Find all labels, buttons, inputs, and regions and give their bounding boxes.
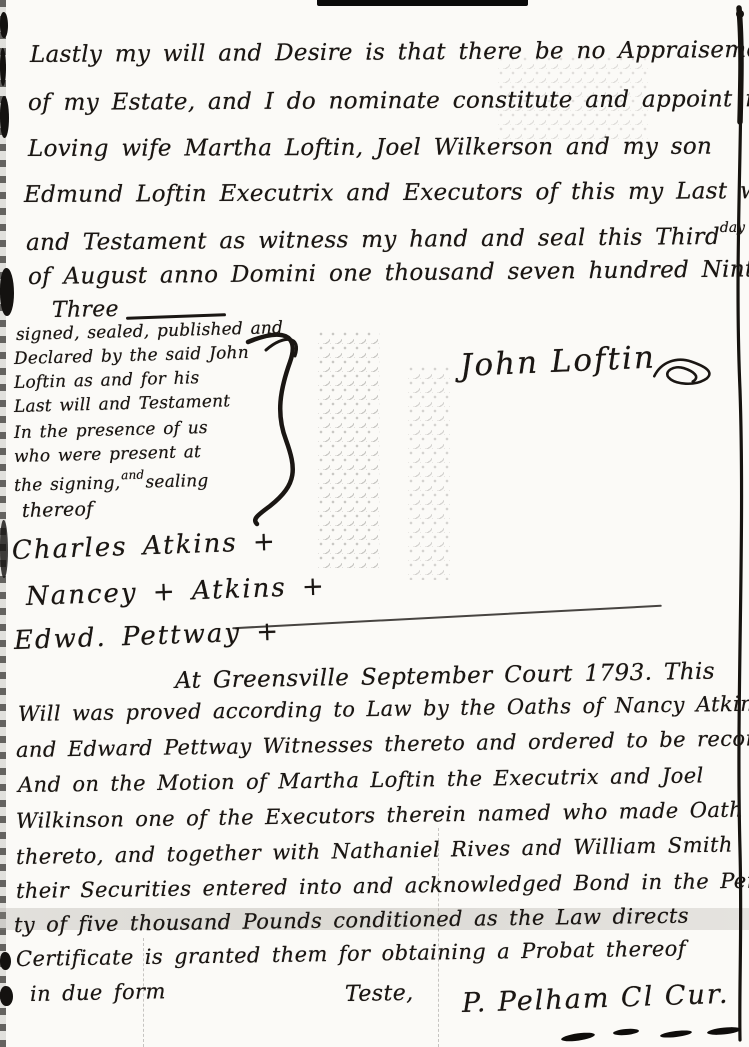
scanned-will-page: Lastly my will and Desire is that there … <box>0 0 749 1047</box>
probate-heading: At Greensville September Court 1793. Thi… <box>175 659 715 694</box>
scan-smudge <box>0 986 13 1006</box>
superscript-day: day <box>720 220 745 236</box>
inserted-word: and <box>121 468 145 483</box>
clerk-signature: P. Pelham Cl Cur. <box>461 979 729 1019</box>
probate-line: Will was proved according to Law by the … <box>18 692 749 726</box>
testator-signature: John Loftin <box>459 339 656 384</box>
will-clause-continuation: Three <box>52 297 119 323</box>
scan-fold-speckle <box>318 330 380 570</box>
scan-smudge <box>0 520 8 578</box>
attestation-line-text: the signing, <box>14 473 121 496</box>
teste-label: Teste, <box>345 981 414 1007</box>
will-clause-line: Lastly my will and Desire is that there … <box>30 37 749 68</box>
probate-line: Certificate is granted them for obtainin… <box>16 936 686 971</box>
probate-line: and Edward Pettway Witnesses thereto and… <box>16 726 749 762</box>
probate-line: And on the Motion of Martha Loftin the E… <box>18 763 704 797</box>
witness-signature: Charles Atkins + <box>11 527 277 566</box>
scan-smudge <box>0 48 6 86</box>
attestation-brace-icon <box>238 326 313 526</box>
will-clause-date-line: of August anno Domini one thousand seven… <box>28 256 749 290</box>
attestation-line: Loftin as and for his <box>14 368 200 393</box>
will-clause-line: Loving wife Martha Loftin, Joel Wilkerso… <box>28 134 712 162</box>
scan-smudge <box>0 96 9 138</box>
attestation-line: thereof <box>22 498 94 522</box>
probate-closing: in due form <box>30 979 166 1006</box>
will-clause-line-text: and Testament as witness my hand and sea… <box>26 224 720 256</box>
will-clause-line: Edmund Loftin Executrix and Executors of… <box>24 178 749 208</box>
scan-smudge <box>0 12 8 38</box>
ink-dashes-icon <box>556 1022 746 1046</box>
will-clause-seal-line: and Testament as witness my hand and sea… <box>26 220 745 256</box>
scan-fold-speckle <box>408 365 450 580</box>
witness-signature: Nancey + Atkins + <box>25 572 326 612</box>
attestation-line: Last will and Testament <box>14 391 231 417</box>
probate-line: Wilkinson one of the Executors therein n… <box>16 798 743 833</box>
attestation-line: Declared by the said John <box>14 343 249 369</box>
ink-flourish-line <box>126 313 226 319</box>
attestation-signing-line: the signing,andsealing <box>14 466 209 496</box>
attestation-line-text: sealing <box>145 471 209 493</box>
scan-smudge <box>0 268 14 316</box>
witness-signature: Edwd. Pettway + <box>13 617 280 656</box>
probate-line: thereto, and together with Nathaniel Riv… <box>16 832 733 869</box>
ink-flourish-line <box>232 605 662 630</box>
will-clause-line: of my Estate, and I do nominate constitu… <box>28 86 749 116</box>
seal-mark-icon <box>647 349 725 392</box>
attestation-line: In the presence of us <box>14 418 208 443</box>
scan-top-bar <box>317 0 528 6</box>
scan-smudge <box>0 952 11 970</box>
probate-line: their Securities entered into and acknow… <box>16 868 749 903</box>
attestation-line: who were present at <box>14 442 202 467</box>
